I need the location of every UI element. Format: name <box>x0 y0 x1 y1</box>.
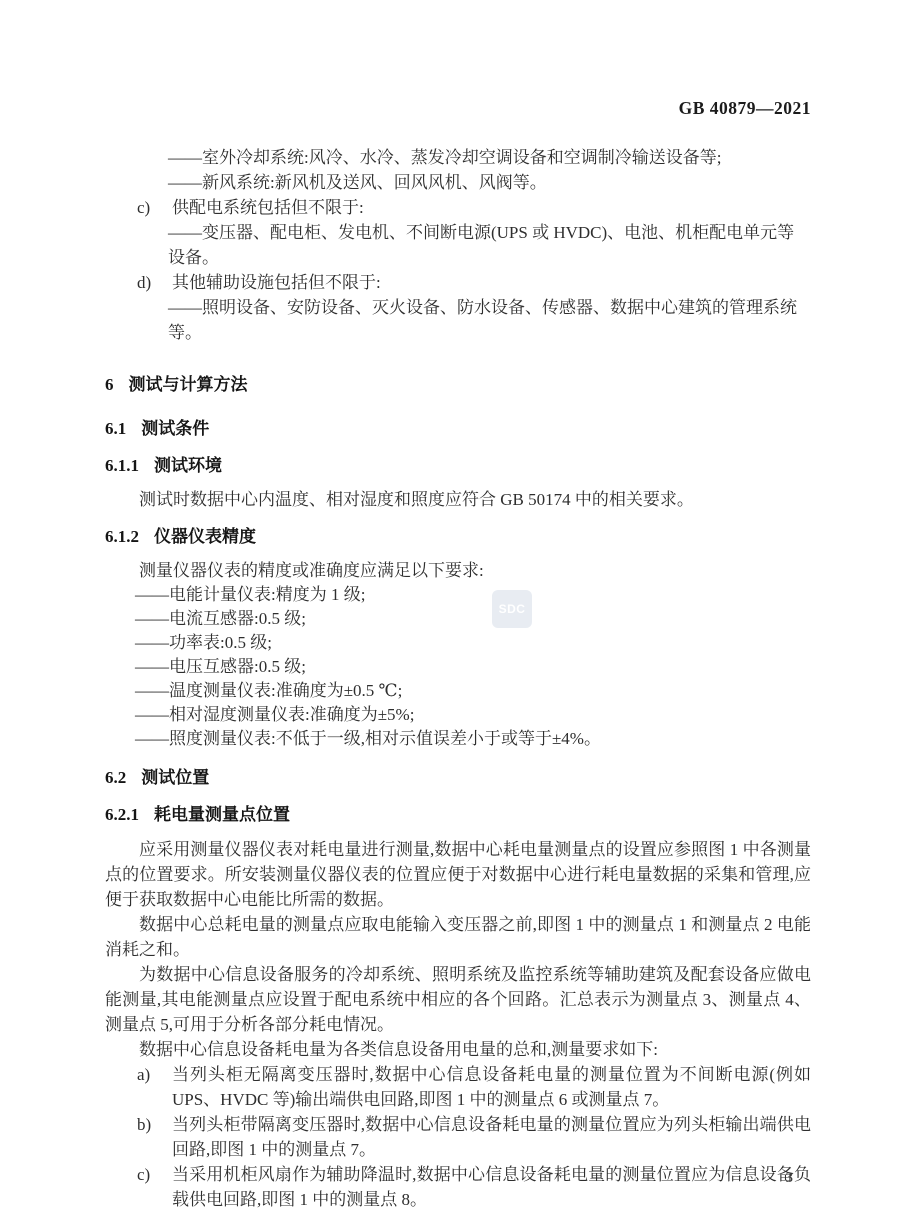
letter-label: b) <box>137 1112 151 1137</box>
letter-label: a) <box>137 1062 150 1087</box>
heading-6-1: 6.1测试条件 <box>105 416 811 441</box>
dash-item-temperature-meter: ——温度测量仪表:准确度为±0.5 ℃; <box>135 679 811 703</box>
heading-6-1-1: 6.1.1测试环境 <box>105 453 811 478</box>
heading-6-2: 6.2测试位置 <box>105 765 811 790</box>
letter-label: c) <box>137 1162 150 1187</box>
heading-6: 6测试与计算方法 <box>105 372 811 397</box>
heading-6-1-2: 6.1.2仪器仪表精度 <box>105 524 811 549</box>
letter-item-a: a) 当列头柜无隔离变压器时,数据中心信息设备耗电量的测量位置为不间断电源(例如… <box>105 1062 811 1112</box>
heading-number: 6.2 <box>105 768 126 787</box>
heading-number: 6.1.2 <box>105 527 139 546</box>
page-number: 3 <box>786 1170 794 1187</box>
dash-item-power-equipment: ——变压器、配电柜、发电机、不间断电源(UPS 或 HVDC)、电池、机柜配电单… <box>168 220 811 270</box>
it-equipment-measurement-list: a) 当列头柜无隔离变压器时,数据中心信息设备耗电量的测量位置为不间断电源(例如… <box>105 1062 811 1212</box>
dash-item-voltage-transformer: ——电压互感器:0.5 级; <box>135 655 811 679</box>
para-measurement-points-3: 为数据中心信息设备服务的冷却系统、照明系统及监控系统等辅助建筑及配套设备应做电能… <box>105 962 811 1037</box>
dash-item-outdoor-cooling: ——室外冷却系统:风冷、水冷、蒸发冷却空调设备和空调制冷输送设备等; <box>168 145 811 170</box>
dash-item-illuminance-meter: ——照度测量仪表:不低于一级,相对示值误差小于或等于±4%。 <box>135 727 811 751</box>
letter-item-c-bottom: c) 当采用机柜风扇作为辅助降温时,数据中心信息设备耗电量的测量位置应为信息设备… <box>105 1162 811 1212</box>
continued-clause-list: ——室外冷却系统:风冷、水冷、蒸发冷却空调设备和空调制冷输送设备等; ——新风系… <box>105 145 811 345</box>
heading-title: 耗电量测量点位置 <box>154 805 290 824</box>
heading-number: 6 <box>105 375 114 394</box>
para-test-environment: 测试时数据中心内温度、相对湿度和照度应符合 GB 50174 中的相关要求。 <box>105 487 811 512</box>
letter-item-d: d) 其他辅助设施包括但不限于: <box>105 270 811 295</box>
heading-number: 6.1 <box>105 419 126 438</box>
para-measurement-points-4: 数据中心信息设备耗电量为各类信息设备用电量的总和,测量要求如下: <box>105 1037 811 1062</box>
letter-text: 当列头柜无隔离变压器时,数据中心信息设备耗电量的测量位置为不间断电源(例如 UP… <box>172 1065 811 1109</box>
letter-label: d) <box>137 270 151 295</box>
heading-6-2-1: 6.2.1耗电量测量点位置 <box>105 802 811 827</box>
heading-title: 仪器仪表精度 <box>154 527 256 546</box>
dash-item-fresh-air: ——新风系统:新风机及送风、回风风机、风阀等。 <box>168 170 811 195</box>
heading-title: 测试位置 <box>141 768 209 787</box>
letter-label: c) <box>137 195 150 220</box>
letter-text: 其他辅助设施包括但不限于: <box>172 273 381 292</box>
heading-number: 6.2.1 <box>105 805 139 824</box>
para-measurement-points-2: 数据中心总耗电量的测量点应取电能输入变压器之前,即图 1 中的测量点 1 和测量… <box>105 912 811 962</box>
letter-text: 当列头柜带隔离变压器时,数据中心信息设备耗电量的测量位置应为列头柜输出端供电回路… <box>172 1115 811 1159</box>
para-measurement-points-1: 应采用测量仪器仪表对耗电量进行测量,数据中心耗电量测量点的设置应参照图 1 中各… <box>105 837 811 912</box>
dash-item-power-meter: ——功率表:0.5 级; <box>135 631 811 655</box>
dash-item-other-facilities: ——照明设备、安防设备、灭火设备、防水设备、传感器、数据中心建筑的管理系统等。 <box>168 295 811 345</box>
heading-title: 测试与计算方法 <box>129 375 248 394</box>
heading-number: 6.1.1 <box>105 456 139 475</box>
heading-title: 测试条件 <box>141 419 209 438</box>
dash-item-current-transformer: ——电流互感器:0.5 级; <box>135 607 811 631</box>
instrument-accuracy-list: ——电能计量仪表:精度为 1 级; ——电流互感器:0.5 级; ——功率表:0… <box>105 583 811 751</box>
heading-title: 测试环境 <box>154 456 222 475</box>
standard-code: GB 40879—2021 <box>105 96 811 121</box>
letter-text: 当采用机柜风扇作为辅助降温时,数据中心信息设备耗电量的测量位置应为信息设备负载供… <box>172 1165 811 1209</box>
page-content: GB 40879—2021 ——室外冷却系统:风冷、水冷、蒸发冷却空调设备和空调… <box>105 96 811 1212</box>
para-instrument-intro: 测量仪器仪表的精度或准确度应满足以下要求: <box>105 558 811 583</box>
dash-item-energy-meter: ——电能计量仪表:精度为 1 级; <box>135 583 811 607</box>
dash-item-humidity-meter: ——相对湿度测量仪表:准确度为±5%; <box>135 703 811 727</box>
letter-item-b: b) 当列头柜带隔离变压器时,数据中心信息设备耗电量的测量位置应为列头柜输出端供… <box>105 1112 811 1162</box>
document-page: SDC GB 40879—2021 ——室外冷却系统:风冷、水冷、蒸发冷却空调设… <box>0 0 907 1228</box>
letter-item-c: c) 供配电系统包括但不限于: <box>105 195 811 220</box>
letter-text: 供配电系统包括但不限于: <box>172 198 364 217</box>
